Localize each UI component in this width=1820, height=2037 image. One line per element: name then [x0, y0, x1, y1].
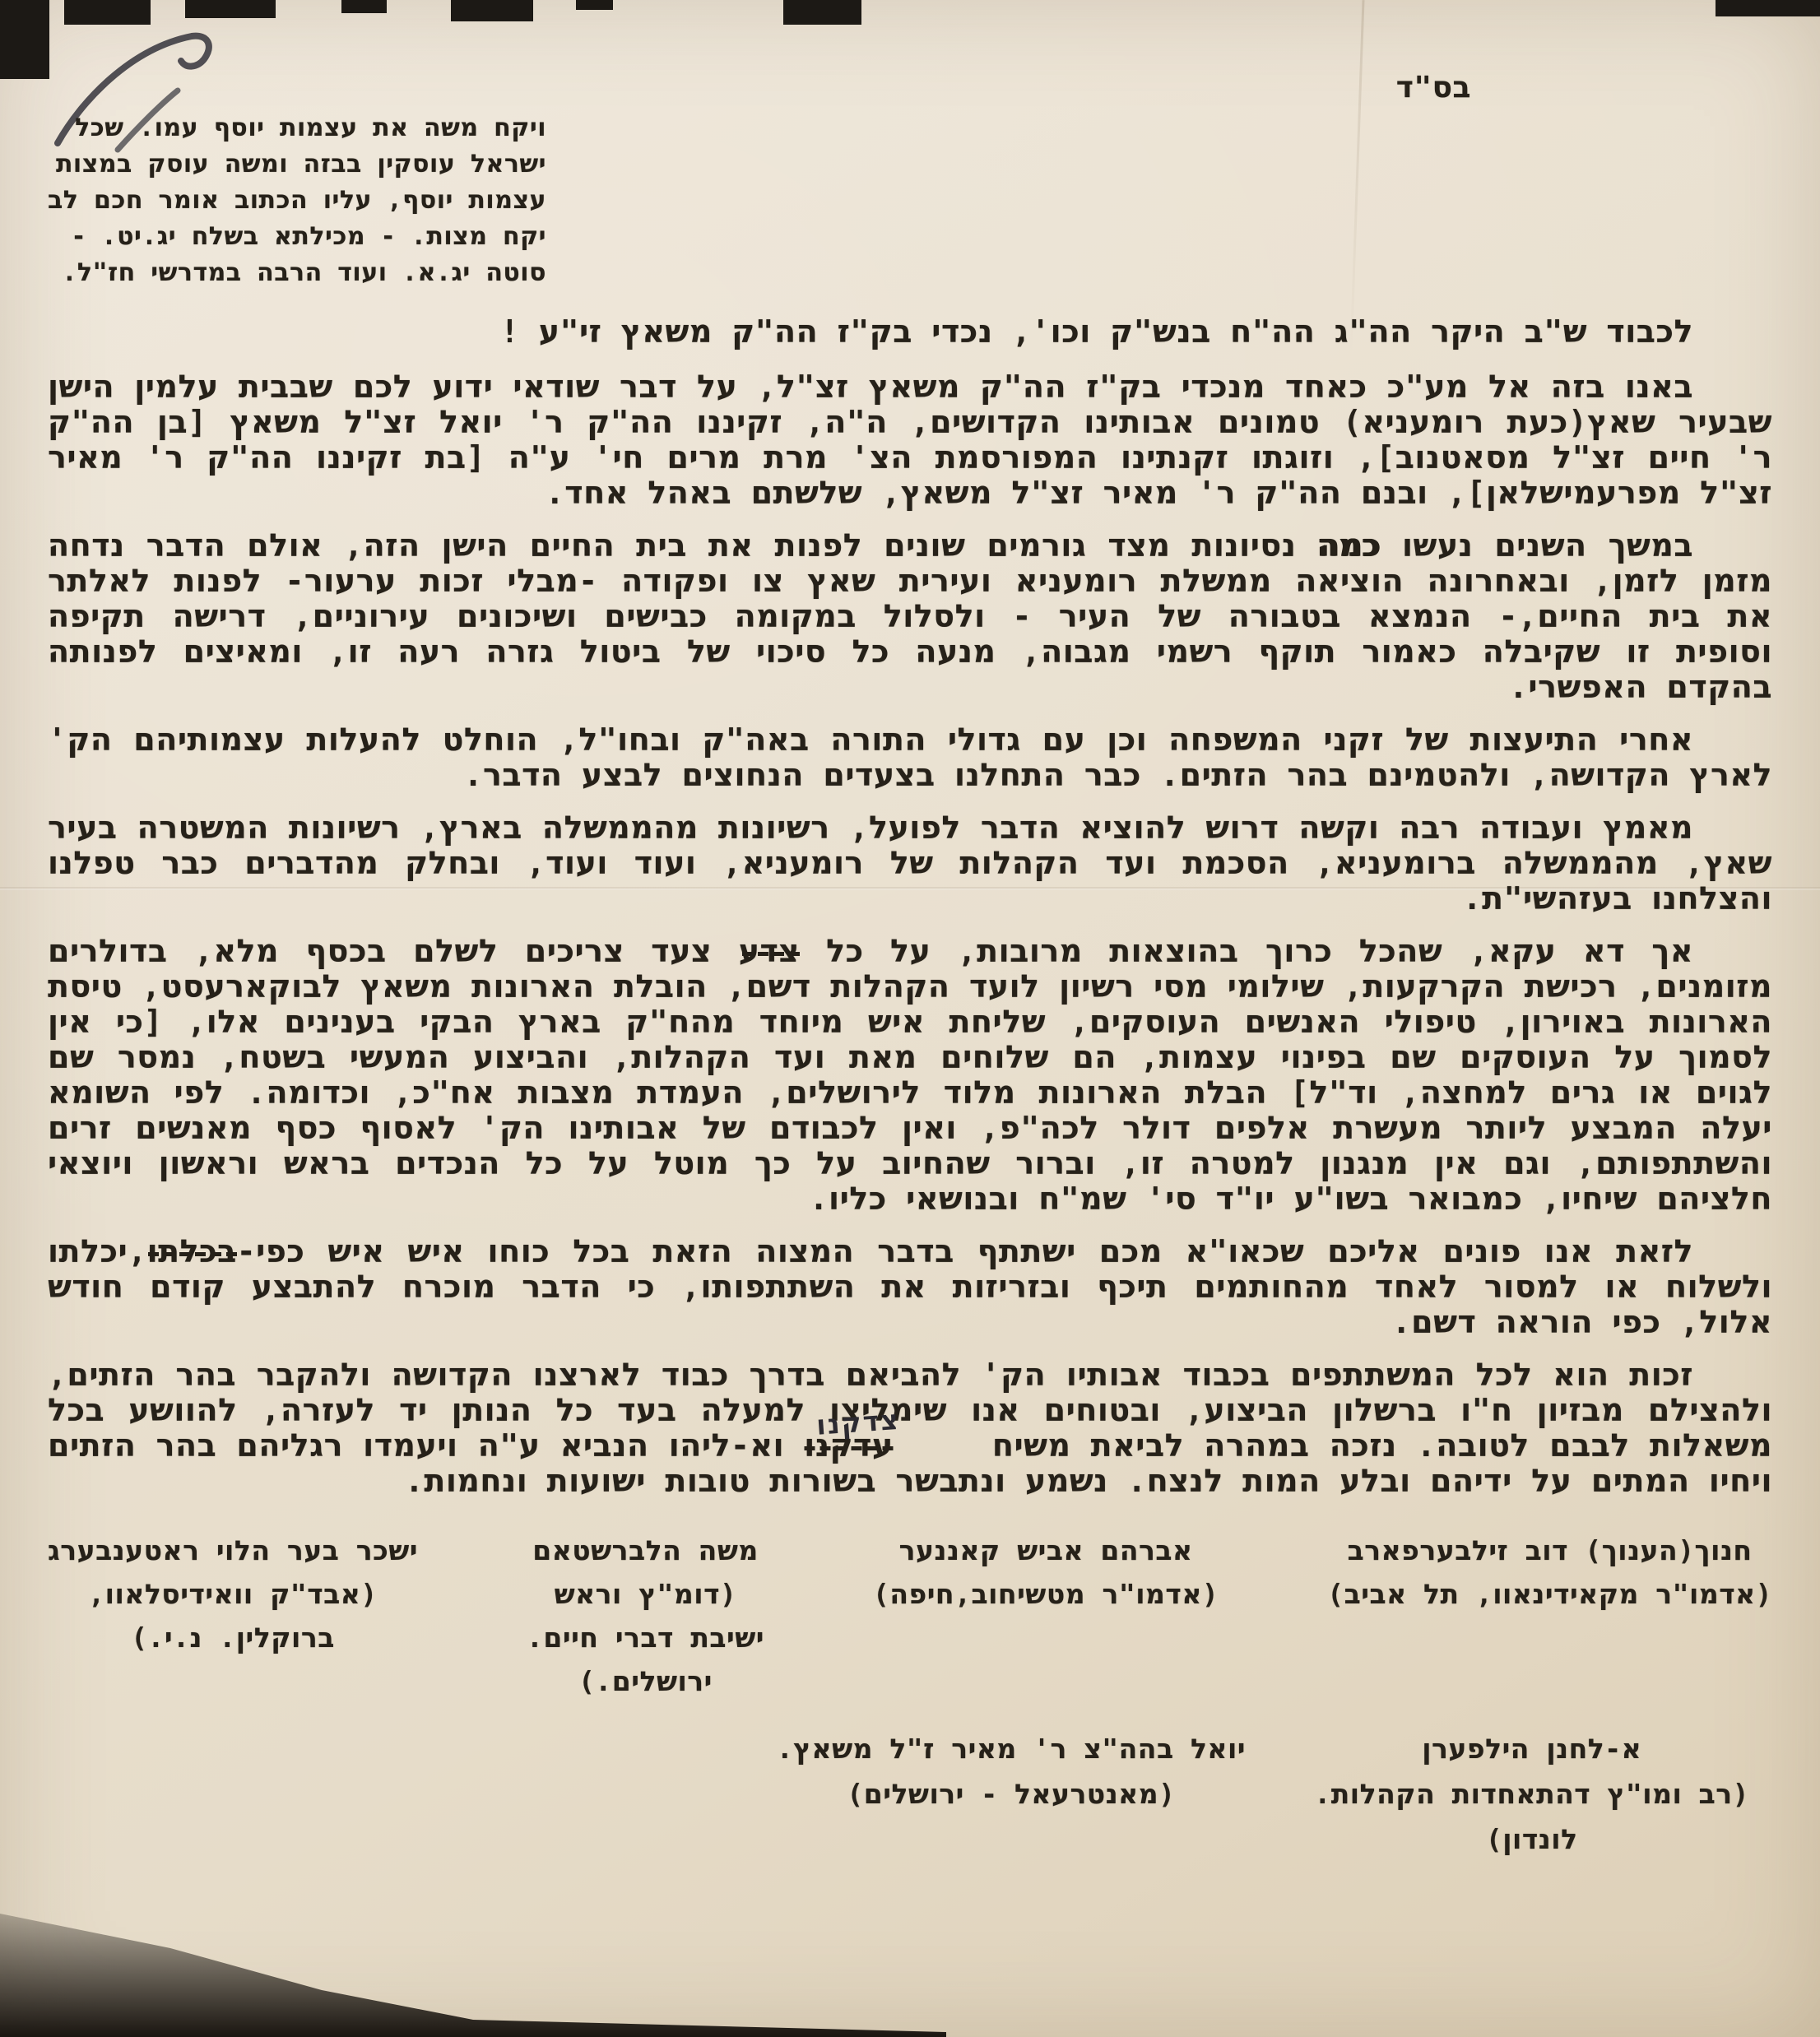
- paragraph-text: באנו בזה אל מע"כ כאחד מנכדי בק"ז הה"ק מש…: [48, 369, 1772, 511]
- paragraph-2: במשך השנים נעשו כמה נסיונות מצד גורמים ש…: [48, 528, 1772, 705]
- signatory-name: משה הלברשטאם: [527, 1529, 764, 1572]
- paragraph-text: צעד צריכים לשלם בכסף מלא, בדולרים מזומני…: [48, 933, 1772, 1217]
- quote-line: ויקח משה את עצמות יוסף עמו. שכל: [49, 110, 546, 146]
- signatory-title: (דומ"ץ וראש: [527, 1572, 764, 1616]
- signature-column: אברהם אביש קאננער (אדמו"ר מטשיחוב,חיפה): [873, 1529, 1219, 1616]
- paragraph-4: מאמץ ועבודה רבה וקשה דרוש להוציא הדבר לפ…: [48, 810, 1772, 916]
- signature-column: חנוך(הענוך) דוב זילבערפארב (אדמו"ר מקאיד…: [1327, 1529, 1772, 1616]
- bottom-signature-right: א-לחנן הילפערן (רב ומו"ץ דהתאחדות הקהלות…: [1314, 1726, 1749, 1862]
- bsd-header: בס"ד: [1396, 71, 1471, 104]
- strikethrough-word: צדע: [739, 933, 800, 969]
- signatory-name: חנוך(הענוך) דוב זילבערפארב: [1327, 1529, 1772, 1572]
- strikethrough-word: בכלתו: [147, 1233, 237, 1269]
- quote-line: סוטה יג.א. ועוד הרבה במדרשי חז"ל.: [49, 255, 546, 291]
- quote-line: ישראל עוסקין בבזה ומשה עוסק במצות: [49, 146, 546, 183]
- paragraph-text: מאמץ ועבודה רבה וקשה דרוש להוציא הדבר לפ…: [48, 810, 1772, 916]
- scan-artifact-strip: [451, 0, 533, 21]
- signatory-name: ישכר בער הלוי ראטענבערג: [48, 1529, 418, 1572]
- quote-line: עצמות יוסף, עליו הכתוב אומר חכם לב: [49, 183, 546, 219]
- paragraph-text: במשך השנים נעשו: [1381, 527, 1693, 564]
- scan-artifact-strip: [341, 0, 387, 13]
- paragraph-text: אחרי התיעצות של זקני המשפחה וכן עם גדולי…: [48, 722, 1772, 793]
- bottom-signature-center: יואל בהה"צ ר' מאיר ז"ל משאץ. (מאנטרעאל -…: [777, 1726, 1246, 1817]
- signatory-title: לונדון): [1314, 1817, 1749, 1862]
- signatory-title: (אדמו"ר מטשיחוב,חיפה): [873, 1572, 1219, 1616]
- paragraph-1: באנו בזה אל מע"כ כאחד מנכדי בק"ז הה"ק מש…: [48, 369, 1772, 511]
- scan-artifact-strip: [576, 0, 613, 10]
- paragraph-6: לזאת אנו פונים אליכם שכאו"א מכם ישתתף בד…: [48, 1234, 1772, 1340]
- signatory-title: (אדמו"ר מקאידינאוו, תל אביב): [1327, 1572, 1772, 1616]
- signatory-title: (מאנטרעאל - ירושלים): [777, 1771, 1246, 1817]
- correction-wrap: עדקנוצדקנו: [804, 1428, 972, 1464]
- bottom-signature-block: א-לחנן הילפערן (רב ומו"ץ דהתאחדות הקהלות…: [48, 1726, 1772, 1907]
- paragraph-7: זכות הוא לכל המשתתפים בכבוד אבותיו הק' ל…: [48, 1357, 1772, 1499]
- signatory-title: (אבד"ק וואידיסלאוו,: [48, 1572, 418, 1616]
- signatory-name: יואל בהה"צ ר' מאיר ז"ל משאץ.: [777, 1726, 1246, 1771]
- paragraph-text: אך דא עקא, שהכל כרוך בהוצאות מרובות, על …: [800, 933, 1693, 969]
- paragraph-3: אחרי התיעצות של זקני המשפחה וכן עם גדולי…: [48, 722, 1772, 793]
- quote-line: יקח מצות. - מכילתא בשלח יג.יט. -: [49, 219, 546, 255]
- signatory-title: (רב ומו"ץ דהתאחדות הקהלות.: [1314, 1771, 1749, 1817]
- paper-crease: [1349, 0, 1364, 354]
- scanned-letter-photo: בס"ד ויקח משה את עצמות יוסף עמו. שכל ישר…: [0, 0, 1820, 2037]
- signatory-name: א-לחנן הילפערן: [1314, 1726, 1749, 1771]
- scan-artifact-strip: [1716, 0, 1820, 16]
- signature-column: משה הלברשטאם (דומ"ץ וראש ישיבת דברי חיים…: [527, 1529, 764, 1703]
- signatory-title: ישיבת דברי חיים.: [527, 1616, 764, 1659]
- signatory-title: ברוקלין. נ.י.): [48, 1616, 418, 1659]
- signatory-title: ירושלים.): [527, 1659, 764, 1703]
- paper: בס"ד ויקח משה את עצמות יוסף עמו. שכל ישר…: [0, 0, 1820, 2037]
- signatory-name: אברהם אביש קאננער: [873, 1529, 1219, 1572]
- torah-quote: ויקח משה את עצמות יוסף עמו. שכל ישראל עו…: [49, 110, 546, 291]
- photo-shadow: [0, 1914, 946, 2037]
- overtyped-word: כמה: [1317, 527, 1381, 564]
- signature-block: חנוך(הענוך) דוב זילבערפארב (אדמו"ר מקאיד…: [48, 1529, 1772, 1703]
- paragraph-5: אך דא עקא, שהכל כרוך בהוצאות מרובות, על …: [48, 934, 1772, 1217]
- letter-body: לכבוד ש"ב היקר הה"ג הה"ח בנש"ק וכו', נכד…: [48, 314, 1772, 1907]
- scan-artifact-strip: [783, 0, 861, 25]
- paragraph-text: לזאת אנו פונים אליכם שכאו"א מכם ישתתף בד…: [237, 1233, 1693, 1269]
- salutation: לכבוד ש"ב היקר הה"ג הה"ח בנש"ק וכו', נכד…: [48, 314, 1772, 350]
- signature-column: ישכר בער הלוי ראטענבערג (אבד"ק וואידיסלא…: [48, 1529, 418, 1659]
